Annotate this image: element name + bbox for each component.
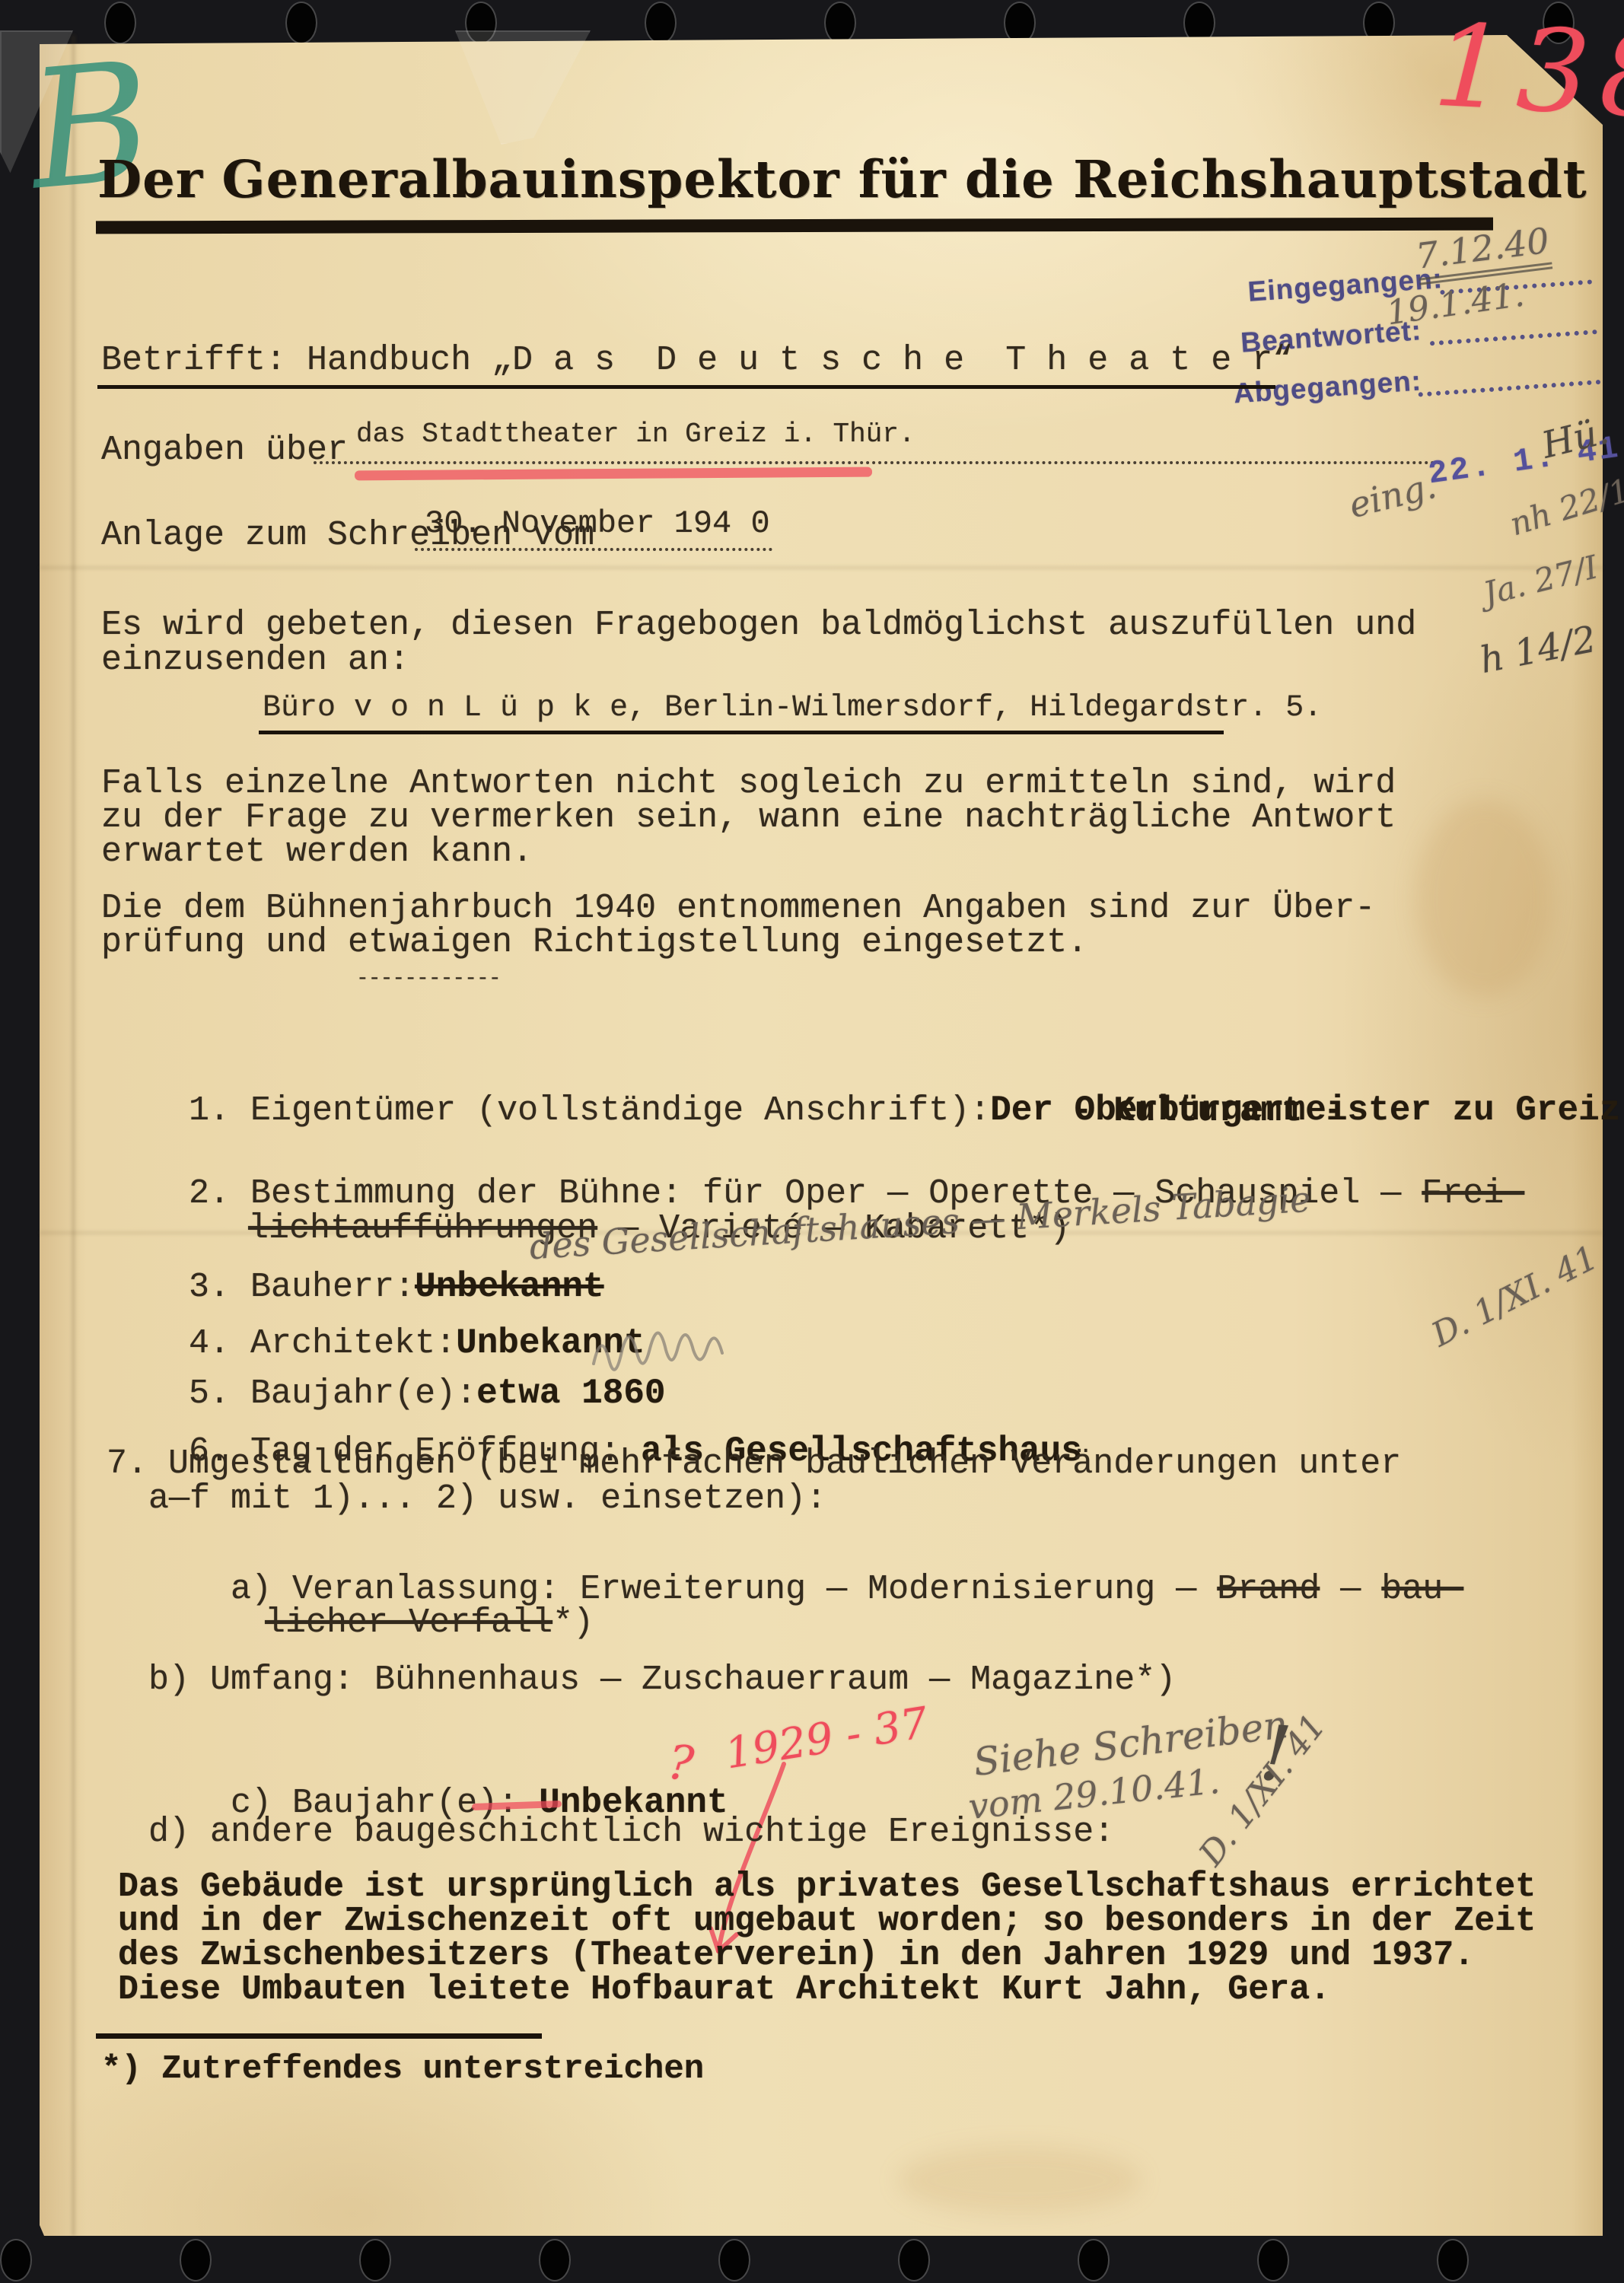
question-7a-struck-bau: bau- [1381,1570,1463,1609]
question-7-line2: a—f mit 1)... 2) usw. einsetzen): [148,1481,826,1517]
intro-line: Es wird gebeten, diesen Fragebogen baldm… [101,607,1416,643]
angaben-value: das Stadttheater in Greiz i. Thür. [356,420,915,449]
paper-stain [1415,799,1552,997]
d-answer-line: Diese Umbauten leitete Hofbaurat Archite… [118,1972,1330,2008]
punch-hole [1259,2240,1288,2280]
punch-hole [361,2240,390,2280]
question-2-struck-frei: Frei- [1422,1174,1524,1213]
subject-line: Betrifft: Handbuch „D a s D e u t s c h … [101,342,1293,378]
punch-hole [2,2240,30,2280]
typed-separator: ------------ [356,968,501,990]
punch-hole [1005,3,1034,43]
punch-hole [540,2240,569,2280]
anlage-value: 30. November 194 0 [425,507,770,540]
note-line: Die dem Bühnenjahrbuch 1940 entnommenen … [101,890,1375,926]
footnote-rule [96,2033,542,2039]
illegible-pencil-scribble [588,1317,747,1377]
angaben-label: Angaben über [101,432,348,468]
anlage-dotted-line [415,548,772,551]
footnote-text: *) Zutreffendes unterstreichen [101,2052,704,2087]
letterhead-title: Der Generalbauinspektor für die Reichsha… [97,149,1587,209]
registry-stamp: Eingegangen: 7.12.40 Beantwortet: 19.1.4… [1202,231,1622,411]
punch-hole [900,2240,928,2280]
question-7-line1: 7. Umgestaltungen (bei mehrfachen baulic… [107,1446,1401,1482]
binding-crease [72,35,75,2236]
question-7a-struck-verfall: licher Verfall [265,1603,552,1642]
note-line: zu der Frage zu vermerken sein, wann ein… [101,800,1396,836]
subject-underline [97,385,1275,389]
punch-hole [646,3,675,43]
question-7a-text: *) [552,1603,594,1642]
angaben-dotted-line [314,461,1441,464]
question-7b: b) Umfang: Bühnenhaus — Zuschauerraum — … [148,1662,1176,1698]
punch-hole [1185,3,1214,43]
punch-hole [720,2240,749,2280]
punch-hole [181,2240,210,2280]
question-7d: d) andere baugeschichtlich wichtige Erei… [148,1814,1114,1850]
punch-hole [1079,2240,1108,2280]
d-answer-line: Das Gebäude ist ursprünglich als private… [118,1869,1536,1905]
punch-hole [1438,2240,1467,2280]
question-7a-struck-brand: Brand [1217,1570,1320,1609]
punch-hole [826,3,855,43]
note-line: prüfung und etwaigen Richtigstellung ein… [101,925,1087,960]
address-underline [259,731,1224,734]
note-line: erwartet werden kann. [101,834,533,870]
paper-stain [898,2146,1142,2215]
intro-line: einzusenden an: [101,642,409,678]
scanned-document-page: B 138 Der Generalbauinspektor für die Re… [0,0,1624,2283]
punch-hole [287,3,316,43]
answered-dotted-line [1430,330,1597,345]
address-line: Büro v o n L ü p k e, Berlin-Wilmersdorf… [263,693,1322,724]
d-answer-line: des Zwischenbesitzers (Theaterverein) in… [118,1938,1474,1973]
folio-number-annotation: 138 [1431,0,1624,145]
fold-crease [40,566,1603,569]
question-1-label: 1. Eigentümer (vollständige Anschrift): [189,1091,990,1130]
question-1-answer-line2: - Kulturamt - [1072,1093,1345,1129]
question-7a-text: — [1320,1570,1381,1609]
d-answer-line: und in der Zwischenzeit oft umgebaut wor… [118,1903,1536,1939]
note-line: Falls einzelne Antworten nicht sogleich … [101,766,1396,801]
